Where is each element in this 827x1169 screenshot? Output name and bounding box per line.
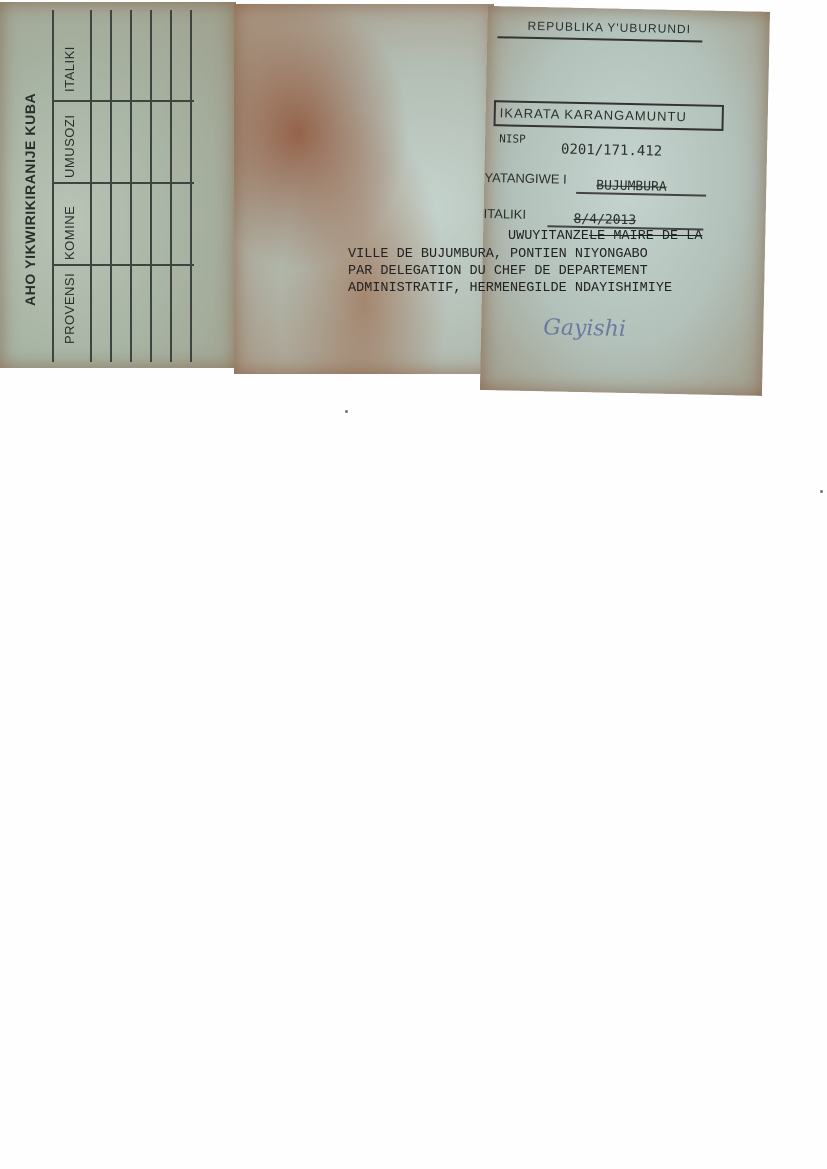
col-header-italiki: ITALIKI <box>62 46 77 92</box>
history-table: ITALIKI UMUSOZI KOMINE PROVENSI <box>52 10 194 362</box>
col-header-komine: KOMINE <box>62 206 77 260</box>
field-label-nisp: NISP <box>499 132 526 146</box>
field-value-nisp: 0201/171.412 <box>561 142 662 160</box>
field-label-yatangiwe: YATANGIWE I <box>484 170 567 187</box>
col-header-umusozi: UMUSOZI <box>62 115 77 178</box>
middle-panel <box>234 4 494 374</box>
stamp-line-3: ADMINISTRATIF, HERMENEGILDE NDAYISHIMIYE <box>348 280 672 297</box>
country-header: REPUBLIKA Y'UBURUNDI <box>527 19 691 36</box>
card-title: IKARATA KARANGAMUNTU <box>493 100 723 131</box>
side-title: AHO YIKWIRIKIRANIJE KUBA <box>22 93 38 306</box>
stamp-line-2: PAR DELEGATION DU CHEF DE DEPARTEMENT <box>348 263 672 280</box>
official-stamp: VILLE DE BUJUMBURA, PONTIEN NIYONGABOPAR… <box>348 246 672 297</box>
signature: Gayishi <box>543 315 626 342</box>
col-header-provensi: PROVENSI <box>62 273 77 344</box>
field-uwuyitanze: UWUYITANZELE MAIRE DE LA <box>508 228 702 245</box>
left-panel-table: AHO YIKWIRIKIRANIJE KUBA ITALIKI UMUSOZI… <box>0 2 236 368</box>
stamp-line-1: VILLE DE BUJUMBURA, PONTIEN NIYONGABO <box>348 246 672 263</box>
field-label-italiki: ITALIKI <box>483 206 526 222</box>
identity-card-scan: AHO YIKWIRIKIRANIJE KUBA ITALIKI UMUSOZI… <box>0 0 770 390</box>
right-panel-id: REPUBLIKA Y'UBURUNDI IKARATA KARANGAMUNT… <box>480 6 770 396</box>
